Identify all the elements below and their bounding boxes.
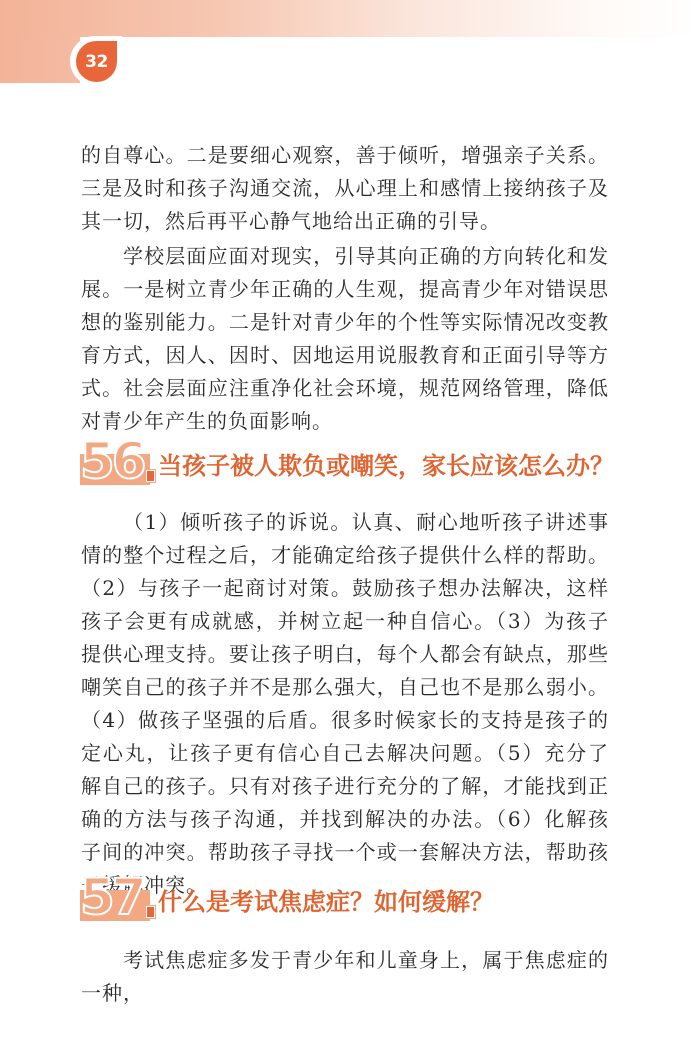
question-heading-57: 57 什么是考试焦虑症？如何缓解？: [80, 876, 640, 922]
question-number: 56: [80, 434, 144, 488]
question-title: 什么是考试焦虑症？如何缓解？: [158, 885, 494, 919]
page-number: 32: [85, 52, 108, 72]
page-header-side-block: [0, 37, 80, 83]
question-number: 57: [80, 870, 144, 924]
question-number-dot: [146, 906, 155, 918]
page-number-badge: 32: [76, 41, 117, 82]
question-57-body: 考试焦虑症多发于青少年和儿童身上，属于焦虑症的一种，: [81, 944, 609, 1010]
question-title: 当孩子被人欺负或嘲笑，家长应该怎么办？: [158, 449, 614, 483]
paragraph-school-society: 学校层面应面对现实，引导其向正确的方向转化和发展。一是树立青少年正确的人生观，提…: [81, 240, 609, 438]
page-header-band: [0, 0, 700, 37]
question-56-body: （1）倾听孩子的诉说。认真、耐心地听孩子讲述事情的整个过程之后，才能确定给孩子提…: [81, 506, 609, 902]
paragraph-continued: 的自尊心。二是要细心观察，善于倾听，增强亲子关系。三是及时和孩子沟通交流，从心理…: [81, 139, 609, 238]
question-number-dot: [146, 470, 155, 482]
question-heading-56: 56 当孩子被人欺负或嘲笑，家长应该怎么办？: [80, 440, 640, 486]
